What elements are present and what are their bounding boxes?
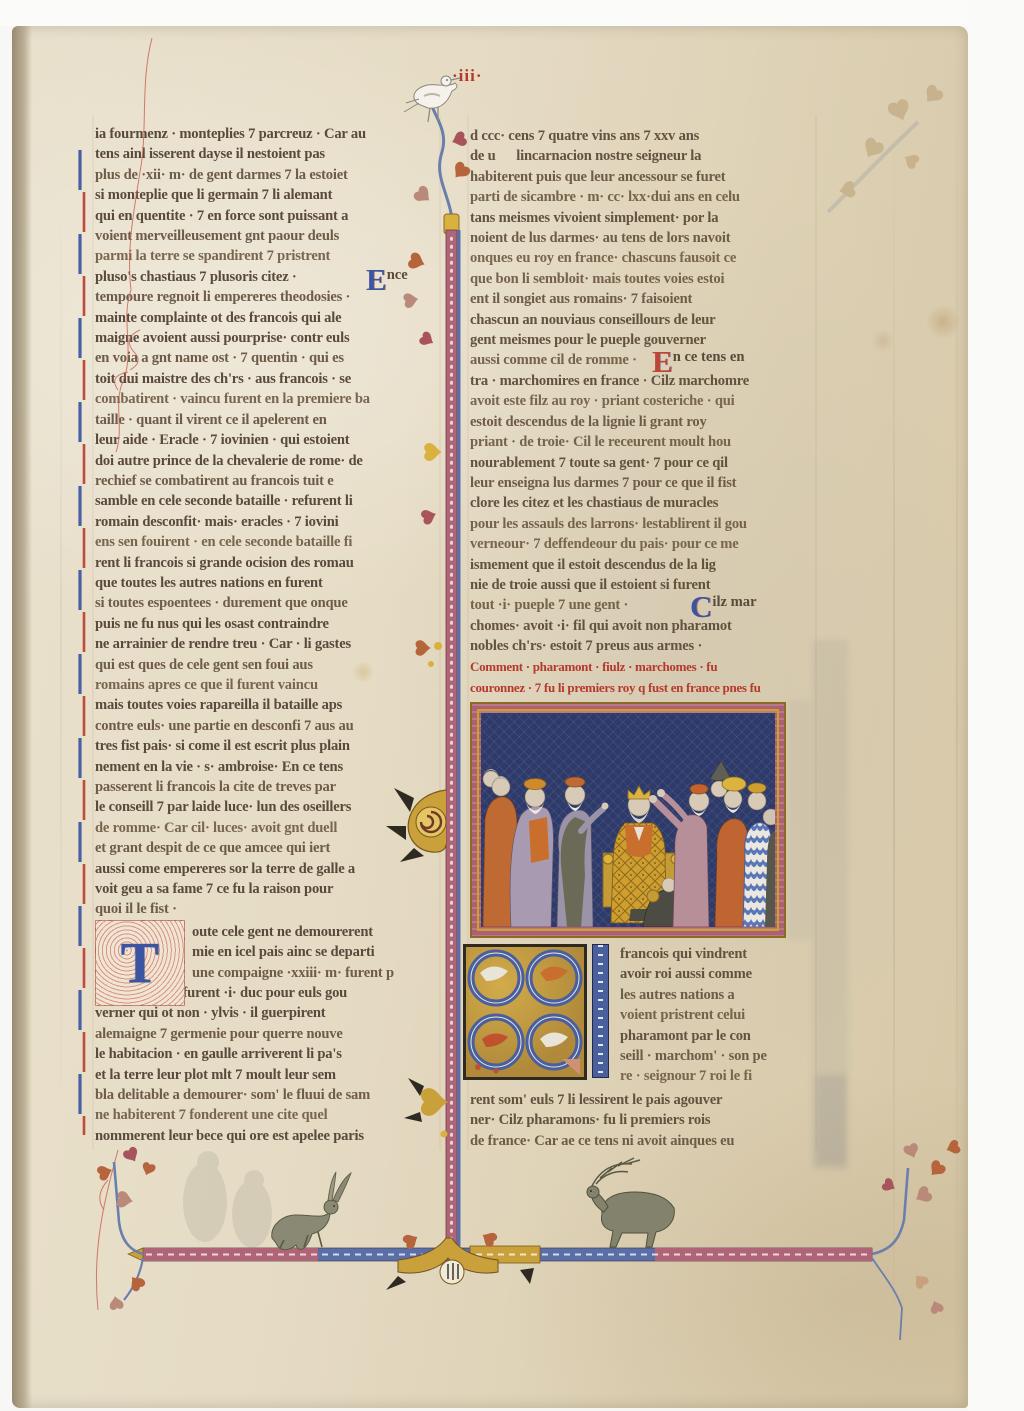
text-line: si toutes espoentees · durement que onqu… [95,593,441,613]
text-line: mie en icel pais ainc se departi [192,942,442,962]
binding-gutter-shadow [12,26,32,1408]
text-line: samble en cele seconde bataille · refure… [95,491,441,511]
text-line: chascun an nouviaus conseillours de leur [470,310,816,330]
right-text-column-bottom: rent som' euls 7 li lessirent le pais ag… [470,1090,816,1151]
text-line: maigne avoient aussi pourprise· contr eu… [95,328,441,348]
crease-line [60,160,62,1140]
text-line: plus de ·xii· m· de gent darmes 7 la est… [95,165,441,185]
text-line: nourablement 7 toute sa gent· 7 pour ce … [470,453,816,473]
text-line: priant · de troie· Cil le receurent moul… [470,432,816,452]
text-line: taille · quant il virent ce il apelerent… [95,410,441,430]
text-line: de france· Car ae ce tens ni avoit ainqu… [470,1131,816,1151]
text-line: nie de troie aussi que il estoient si fu… [470,575,816,595]
text-line: toit dui maistre des ch'rs · aus francoi… [95,369,441,389]
text-line: voit geu a sa fame 7 ce fu la raison pou… [95,879,441,899]
text-line: de u lincarnacion nostre seigneur la [470,146,816,166]
text-line: leur aide · Eracle · 7 iovinien · qui es… [95,430,441,450]
roundel-animal [482,1033,508,1047]
text-line: aussi comme cil de romme · [470,350,816,370]
text-line: nobles ch'rs· estoit 7 preus aus armes · [470,636,816,656]
text-line: voient pristrent celui [620,1005,818,1025]
manuscript-photo: ·iii· ia fourmenz · monteplies 7 parcreu… [0,0,1024,1411]
text-line: Comment · pharamont · fiulz · marchomes … [470,657,820,678]
text-line: verneour· 7 deffendeour du pais· pour ce… [470,534,816,554]
coronation-scene [481,713,775,927]
crown [628,786,650,799]
text-line: seill · marchom' · son pe [620,1046,818,1066]
text-line: nommerent leur bece qui ore est apelee p… [95,1126,441,1146]
text-line: une compaigne ·xxiii· m· furent p [192,963,442,983]
text-line: rent li francois si grande ocision des r… [95,553,441,573]
text-line: tout ·i· pueple 7 une gent · [470,595,816,615]
text-line: ent il songiet aus romains· 7 faisoient [470,289,816,309]
text-line: romains apres ce que il furent vaincu [95,675,441,695]
stain [870,330,896,352]
initial-following-text: n ce tens en [673,346,745,366]
text-line: mais toutes voies rapareilla il bataille… [95,695,441,715]
text-line: habiterent puis que leur ancessour se fu… [470,167,816,187]
text-line: tans meismes vivoient simplement· por la [470,208,816,228]
interlace-roundels [466,947,584,1077]
text-line: onques eu roy en france· chascuns fausoi… [470,248,816,268]
initial-letter: C [690,591,712,622]
initial-following-text: ilz mar [712,591,756,611]
text-line: en voia a gnt name ost · 7 quentin · qui… [95,348,441,368]
text-line: et grant despit de ce que amcee qui iert [95,838,441,858]
initial-letter: E [366,264,387,295]
text-line: quoi il le fist · [95,899,441,919]
show-through-band [788,700,810,940]
text-line: re · seignour 7 roi le fi [620,1066,818,1086]
text-line: que toutes les autres nations en furent [95,573,441,593]
show-through-band [816,1075,846,1165]
backdrop-top-strip [0,0,1024,26]
text-line: tres fist pais· si come il est escrit pl… [95,736,441,756]
initial-letter: E [652,346,673,377]
rubric-lines: Comment · pharamont · fiulz · marchomes … [470,657,820,698]
text-line: ne arrainier de rendre treu · Car · li g… [95,634,441,654]
text-line: que bon li sembloit· mais toutes voies e… [470,269,816,289]
right-text-column-narrow: francois qui vindrentavoir roi aussi com… [620,944,818,1087]
text-line: avoir roi aussi comme [620,964,818,984]
initial-t-filigree-panel: T [95,920,185,1006]
text-line: gent meismes pour le pueple gouverner [470,330,816,350]
text-line: nement en la vie · s· ambroise· En ce te… [95,757,441,777]
roundel-animal [540,966,568,981]
text-line: chomes· avoit ·i· fil qui avoit non phar… [470,616,816,636]
text-line: noient de lus darmes· au tens de lors na… [470,228,816,248]
text-line: clore les citez et les chastiaus de mura… [470,493,816,513]
courtier-gesturing [557,777,609,927]
initial-following-text: nce [387,264,408,284]
text-line: tens ainl isserent dayse il nestoient pa… [95,144,441,164]
text-line: et la terre leur plot mlt 7 moult leur s… [95,1065,441,1085]
text-line: puis ne fu nus qui les osast contraindre [95,614,441,634]
text-line: combatirent · vaincu furent en la premie… [95,389,441,409]
text-line: avoit este filz au roy · priant costeric… [470,391,816,411]
text-line: couronnez · 7 fu li premiers roy q fust … [470,678,820,699]
miniature-field [481,713,775,927]
courtier-gold-hat [715,777,747,927]
miniature-coronation [470,702,786,938]
text-line: ens sen fouirent · en cele seconde batai… [95,532,441,552]
text-line: le conseill 7 par laide luce· lun des os… [95,797,441,817]
text-line: francois qui vindrent [620,944,818,964]
text-line: leur enseigna lus darmes 7 pour ce que i… [470,473,816,493]
text-line: doi autre prince de la chevalerie de rom… [95,451,441,471]
text-line: pharamont par le con [620,1026,818,1046]
text-line: passerent li francois la cite de treves … [95,777,441,797]
text-line: qui en quentite · 7 en force sont puissa… [95,206,441,226]
text-line: qui est ques de cele gent sen foui aus [95,655,441,675]
right-text-column: d ccc· cens 7 quatre vins ans 7 xxv ansd… [470,126,816,657]
initial-panel-bar [592,944,609,1078]
text-line: ismement que il estoit descendus de la l… [470,555,816,575]
text-line: rechief se combatirent au francois tuit … [95,471,441,491]
stain [925,305,961,339]
courtier-lilac [510,779,553,928]
initial-c-blue: C ilz mar [690,591,757,622]
text-line: romain desconfit· mais· eracles · 7 iovi… [95,512,441,532]
initial-e-red: E n ce tens en [652,346,744,377]
text-line: ne habiterent 7 fonderent une cite quel [95,1105,441,1125]
roundel-animal [480,966,508,981]
text-line: le habitacion · en gaulle arriverent li … [95,1044,441,1064]
text-line: bla delitable a demourer· som' le fluui … [95,1085,441,1105]
left-text-column-lower: conte entreuls furent ·i· duc pour euls … [95,983,441,1146]
text-line: ner· Cilz pharamons· fu li premiers rois [470,1110,816,1130]
interlace-initial-panel [463,944,587,1080]
text-line: parti de sicambre · m· cc· lxx·dui ans e… [470,187,816,207]
folio-number: ·iii· [452,66,483,86]
text-line: si monteplie que li germain 7 li alemant [95,185,441,205]
text-line: rent som' euls 7 li lessirent le pais ag… [470,1090,816,1110]
text-line: verner qui ot non · ylvis · il guerpiren… [95,1003,441,1023]
text-line: tra · marchomires en france · Cilz march… [470,371,816,391]
text-line: ia fourmenz · monteplies 7 parcreuz · Ca… [95,124,441,144]
text-line: contre euls· une partie en desconfi 7 au… [95,716,441,736]
text-line: voient merveilleusement gnt paour deuls [95,226,441,246]
crease-line [956,40,958,1390]
left-column-initial-lines: oute cele gent ne demourerentmie en icel… [192,922,442,983]
text-line: alemaigne 7 germenie pour querre nouve [95,1024,441,1044]
text-line: d ccc· cens 7 quatre vins ans 7 xxv ans [470,126,816,146]
roundel-animal [540,1032,568,1047]
text-line: aussi come empereres sor la terre de gal… [95,859,441,879]
text-line: pour les assauls des larrons· lestablire… [470,514,816,534]
crease-line [893,110,895,1390]
text-line: mainte complainte ot des francois qui al… [95,308,441,328]
text-line: de romme· Car cil· luces· avoit gnt duel… [95,818,441,838]
text-line: oute cele gent ne demourerent [192,922,442,942]
text-line: les autres nations a [620,985,818,1005]
initial-letter: T [121,934,160,992]
initial-e-blue: E nce [366,264,408,295]
backdrop-right-strip [968,0,1024,1411]
left-text-column: ia fourmenz · monteplies 7 parcreuz · Ca… [95,124,441,920]
text-line: estoit descendus de la lignie li grant r… [470,412,816,432]
